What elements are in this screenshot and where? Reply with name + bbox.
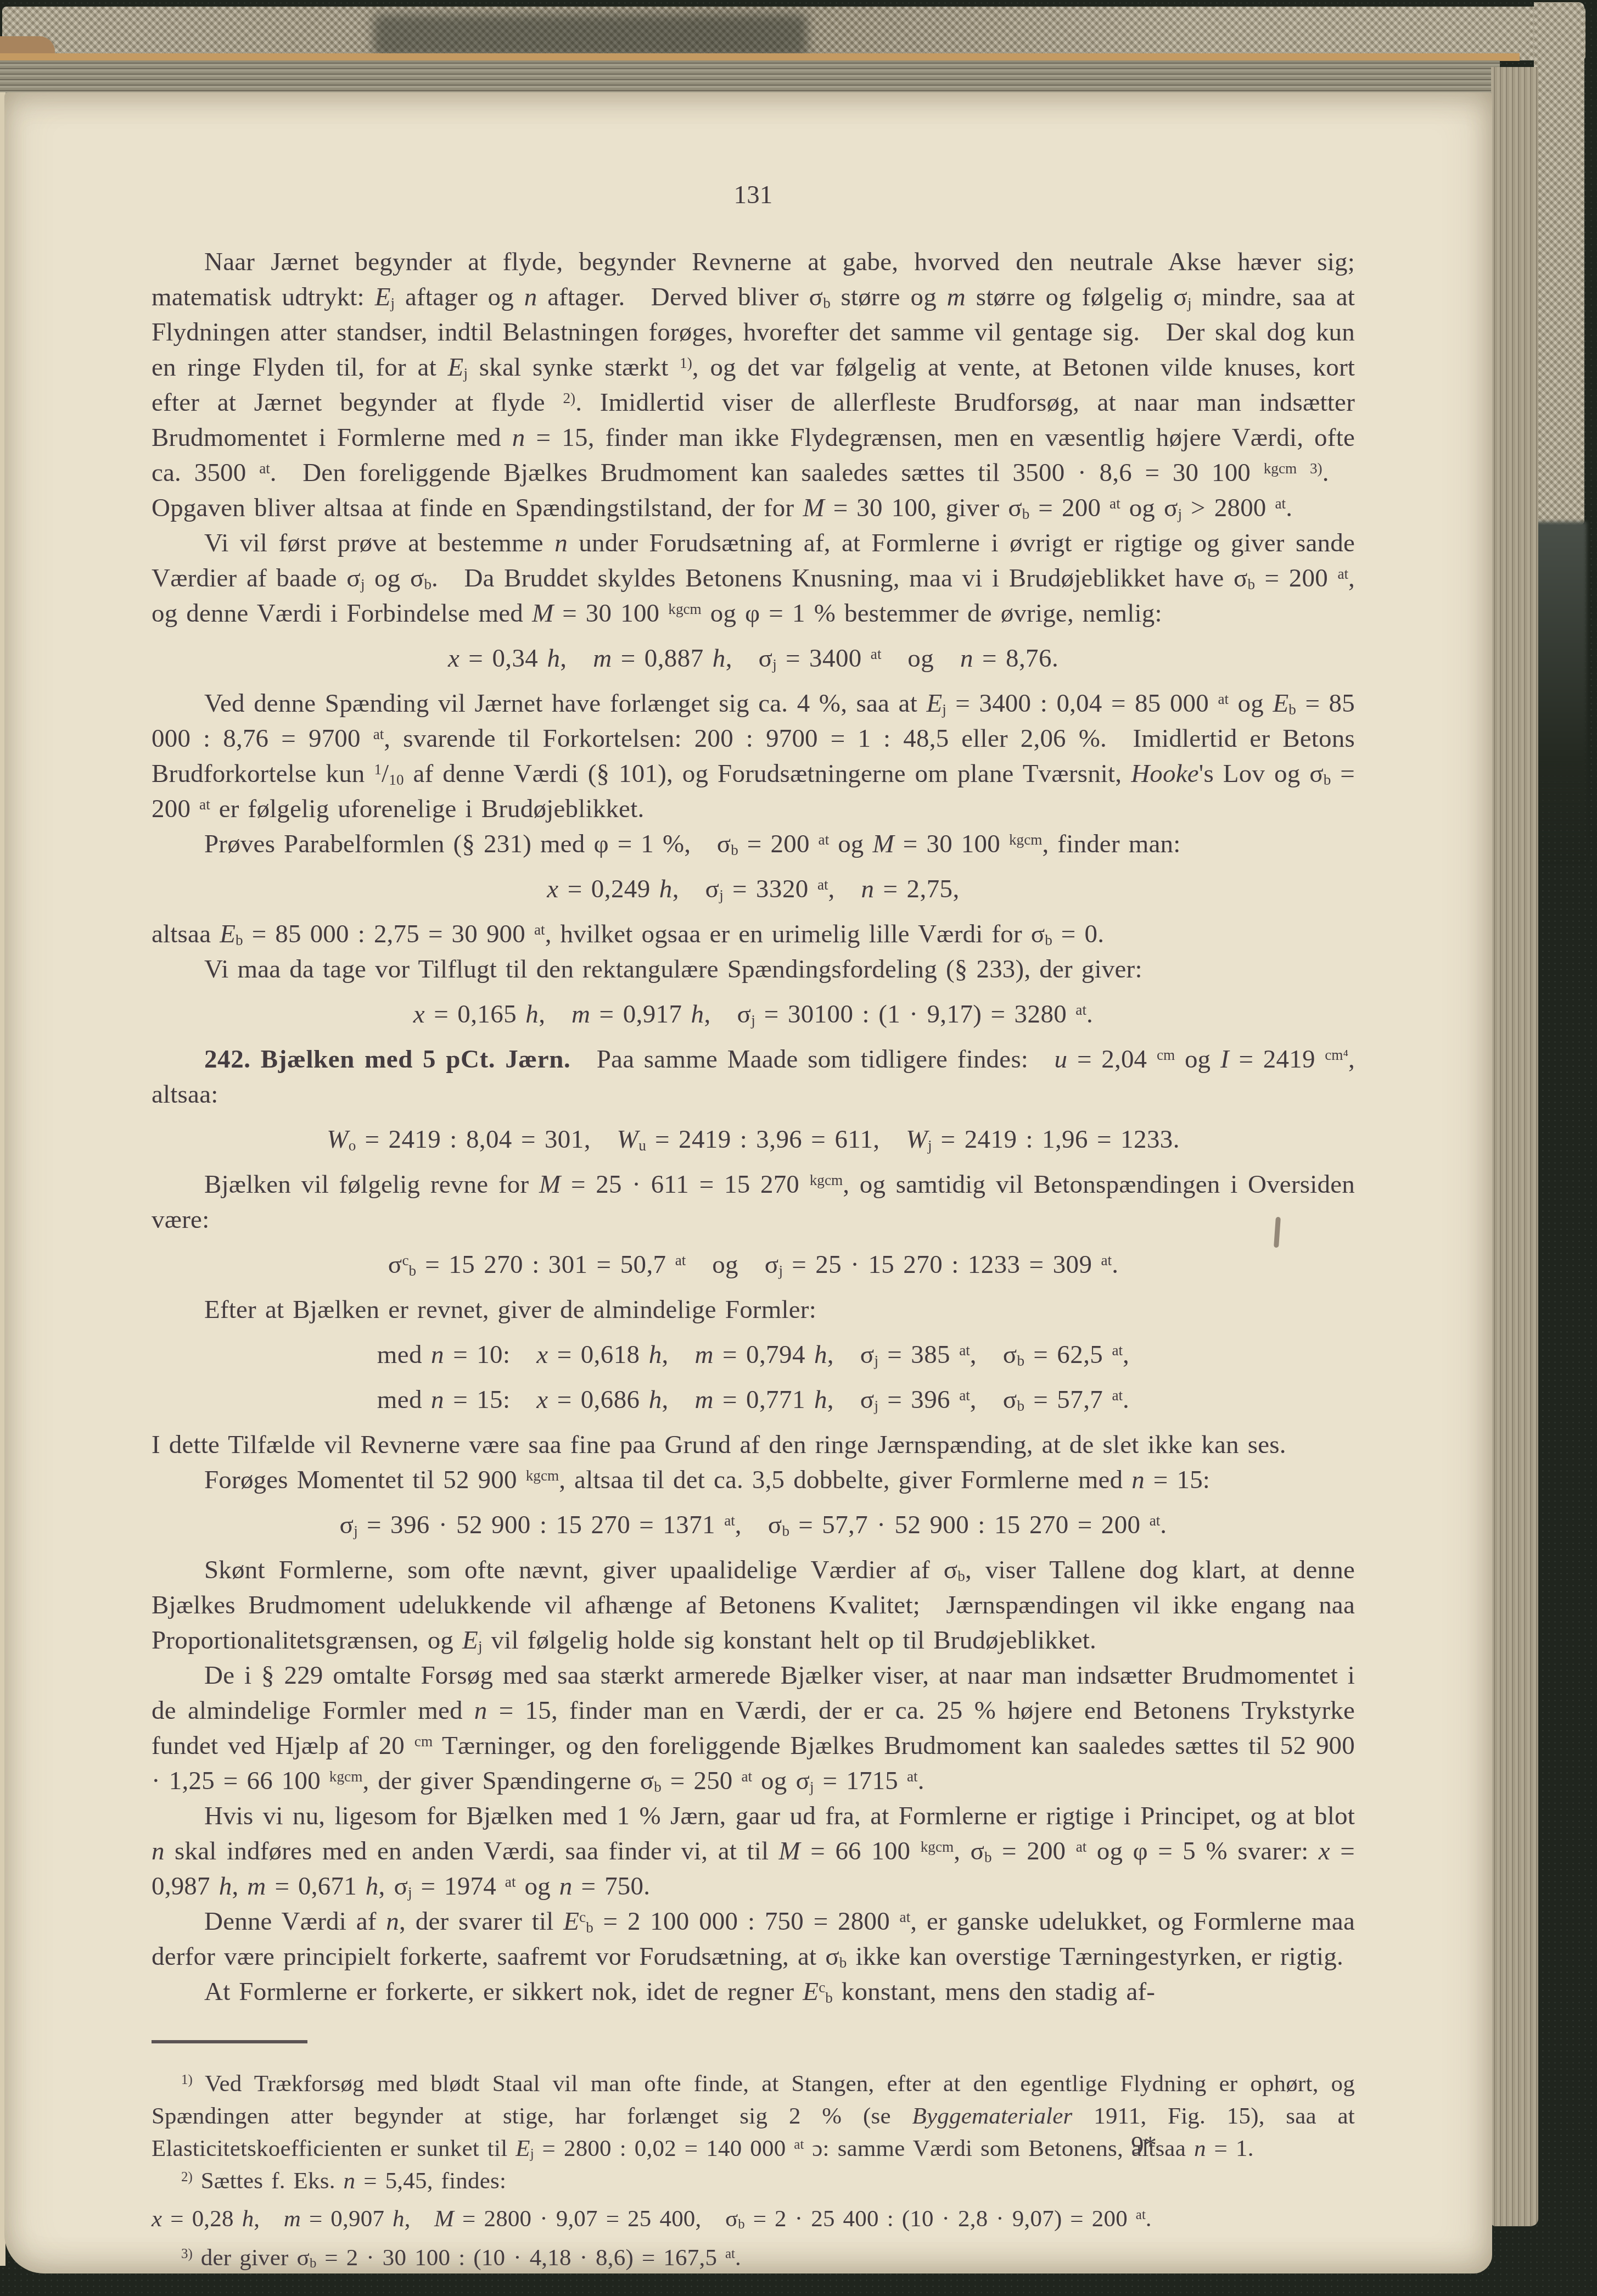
- paragraph: Vi vil først prøve at bestemme n under F…: [152, 526, 1355, 631]
- page-content: 131 Naar Jærnet begynder at flyde, begyn…: [152, 177, 1355, 2274]
- equation: med n = 15: x = 0,686 h, m = 0,771 h, σj…: [152, 1382, 1355, 1417]
- top-shadow: [373, 14, 807, 57]
- page-stack-top-edge: [0, 60, 1500, 94]
- footnotes: 1) Ved Trækforsøg med blødt Staal vil ma…: [152, 2068, 1355, 2274]
- paragraph: At Formlerne er forkerte, er sikkert nok…: [152, 1974, 1355, 2009]
- cover-shadow: [1532, 522, 1587, 862]
- paragraph: Vi maa da tage vor Tilflugt til den rekt…: [152, 952, 1355, 987]
- footnote-equation: x = 0,28 h, m = 0,907 h, M = 2800 · 9,07…: [152, 2203, 1355, 2235]
- equation: x = 0,249 h, σj = 3320 at, n = 2,75,: [152, 872, 1355, 907]
- equation: med n = 10: x = 0,618 h, m = 0,794 h, σj…: [152, 1337, 1355, 1372]
- equation: σcb = 15 270 : 301 = 50,7 at og σj = 25 …: [152, 1247, 1355, 1282]
- book-page: 131 Naar Jærnet begynder at flyde, begyn…: [4, 92, 1492, 2273]
- section-paragraph: 242. Bjælken med 5 pCt. Jærn. Paa samme …: [152, 1042, 1355, 1112]
- paragraph: Hvis vi nu, ligesom for Bjælken med 1 % …: [152, 1798, 1355, 1904]
- paragraph: Efter at Bjælken er revnet, giver de alm…: [152, 1292, 1355, 1327]
- paragraph: Prøves Parabelformlen (§ 231) med φ = 1 …: [152, 826, 1355, 862]
- paragraph: Ved denne Spænding vil Jærnet have forlæ…: [152, 686, 1355, 826]
- footnote: 2) Sættes f. Eks. n = 5,45, findes:: [152, 2165, 1355, 2197]
- paragraph: I dette Tilfælde vil Revnerne være saa f…: [152, 1427, 1355, 1462]
- book-cover-right-edge: [1534, 2, 1584, 525]
- footnote-separator: [152, 2040, 307, 2043]
- equation: σj = 396 · 52 900 : 15 270 = 1371 at, σb…: [152, 1507, 1355, 1543]
- footnote: 1) Ved Trækforsøg med blødt Staal vil ma…: [152, 2068, 1355, 2165]
- footnote: 3) der giver σb = 2 · 30 100 : (10 · 4,1…: [152, 2242, 1355, 2274]
- photo-background: { "page": { "number": "131", "signature_…: [0, 0, 1597, 2296]
- paragraph: Forøges Momentet til 52 900 kgcm, altsaa…: [152, 1462, 1355, 1498]
- equation: x = 0,165 h, m = 0,917 h, σj = 30100 : (…: [152, 997, 1355, 1032]
- equation: x = 0,34 h, m = 0,887 h, σj = 3400 at og…: [152, 641, 1355, 676]
- paragraph: altsaa Eb = 85 000 : 2,75 = 30 900 at, h…: [152, 917, 1355, 952]
- paragraph: Naar Jærnet begynder at flyde, begynder …: [152, 244, 1355, 526]
- paragraph: Denne Værdi af n, der svarer til Ecb = 2…: [152, 1904, 1355, 1974]
- body-text: Naar Jærnet begynder at flyde, begynder …: [152, 244, 1355, 2009]
- page-stack-right-edge: [1491, 67, 1538, 2226]
- signature-mark: 9*: [1131, 2131, 1157, 2160]
- equation: Wo = 2419 : 8,04 = 301, Wu = 2419 : 3,96…: [152, 1122, 1355, 1157]
- paragraph: De i § 229 omtalte Forsøg med saa stærkt…: [152, 1658, 1355, 1798]
- page-number: 131: [152, 177, 1355, 213]
- paragraph: Skønt Formlerne, som ofte nævnt, giver u…: [152, 1552, 1355, 1658]
- cover-edge-line: [0, 53, 1520, 61]
- paragraph: Bjælken vil følgelig revne for M = 25 · …: [152, 1167, 1355, 1237]
